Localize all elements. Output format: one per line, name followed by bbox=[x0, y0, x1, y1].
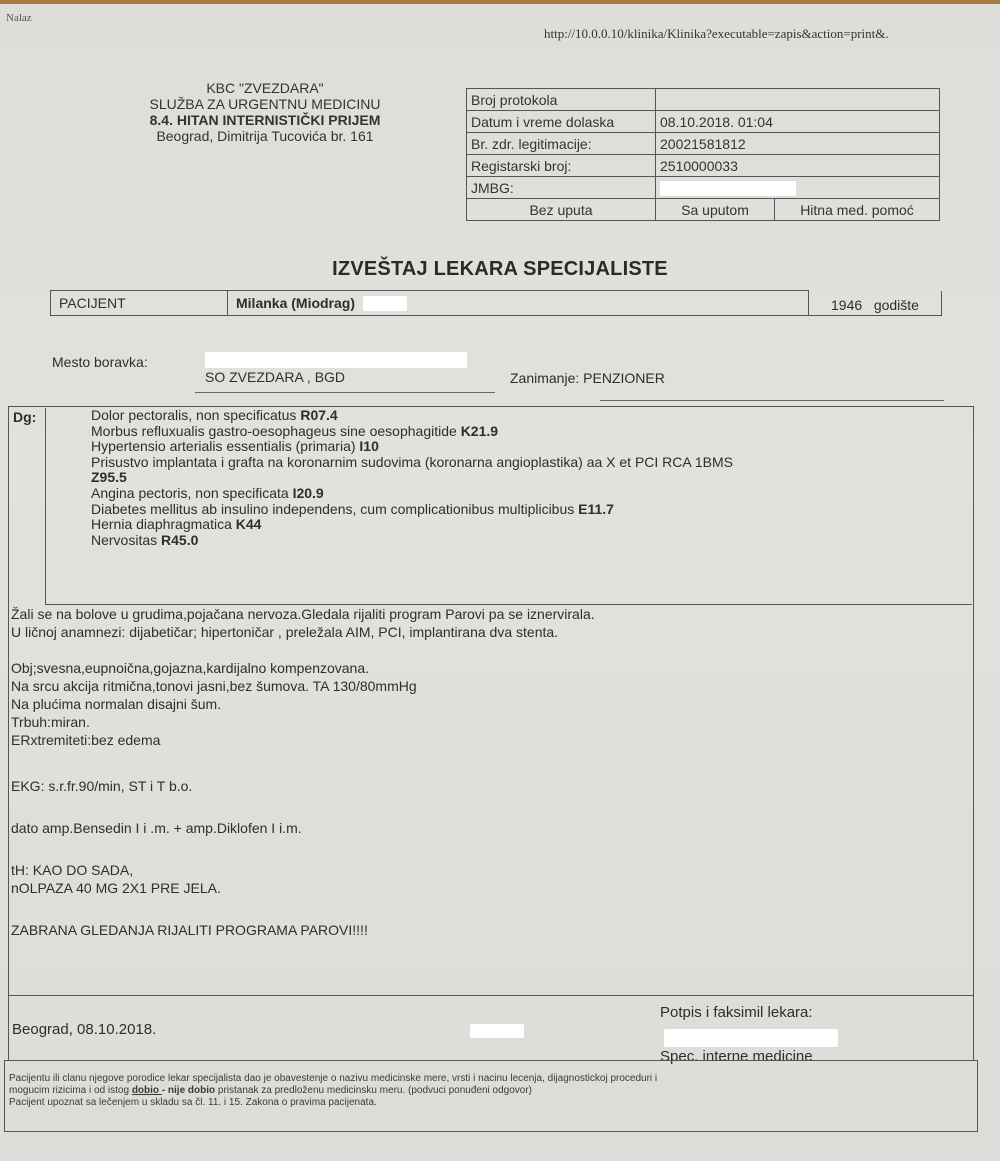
occupation-value: PENZIONER bbox=[583, 370, 665, 386]
exam-line: Na plućima normalan disajni šum. bbox=[11, 695, 595, 713]
report-body-box: Dg: Dolor pectoralis, non specificatus R… bbox=[8, 406, 974, 996]
protocol-label: Broj protokola bbox=[467, 89, 656, 111]
redaction-mark bbox=[205, 352, 467, 368]
jmbg-value bbox=[656, 177, 940, 199]
diagnosis-item: Diabetes mellitus ab insulino independen… bbox=[91, 502, 951, 518]
diagnosis-item: Angina pectoris, non specificata I20.9 bbox=[91, 486, 951, 502]
residence-label: Mesto boravka: bbox=[52, 354, 148, 370]
complaint-text: Žali se na bolove u grudima,pojačana ner… bbox=[11, 605, 595, 623]
institution-name: KBC "ZVEZDARA" bbox=[100, 80, 430, 96]
given-medication: dato amp.Bensedin I i .m. + amp.Diklofen… bbox=[11, 819, 595, 837]
table-row: JMBG: bbox=[467, 177, 940, 199]
referral-with: Sa uputom bbox=[656, 199, 775, 221]
occupation: Zanimanje: PENZIONER bbox=[510, 370, 665, 386]
exam-line: Na srcu akcija ritmična,tonovi jasni,bez… bbox=[11, 677, 595, 695]
residence-underline bbox=[195, 392, 495, 393]
redaction-mark bbox=[660, 181, 796, 196]
referral-emergency: Hitna med. pomoć bbox=[775, 199, 940, 221]
jmbg-label: JMBG: bbox=[467, 177, 656, 199]
medical-report-page: Nalaz http://10.0.0.10/klinika/Klinika?e… bbox=[0, 4, 1000, 1161]
signature-label: Potpis i faksimil lekara: bbox=[660, 1004, 813, 1021]
diagnosis-list: Dolor pectoralis, non specificatus R07.4… bbox=[91, 408, 951, 548]
diagnosis-item: Morbus refluxualis gastro-oesophageus si… bbox=[91, 424, 951, 440]
recommendation-note: ZABRANA GLEDANJA RIJALITI PROGRAMA PAROV… bbox=[11, 921, 595, 939]
diagnosis-item: Nervositas R45.0 bbox=[91, 533, 951, 549]
table-row: Br. zdr. legitimacije: 20021581812 bbox=[467, 133, 940, 155]
occupation-underline bbox=[600, 400, 944, 401]
referral-none: Bez uputa bbox=[467, 199, 656, 221]
redaction-mark bbox=[470, 1024, 524, 1038]
diagnosis-label: Dg: bbox=[13, 409, 36, 425]
institution-address: Beograd, Dimitrija Tucovića br. 161 bbox=[100, 128, 430, 144]
diagnosis-item: Dolor pectoralis, non specificatus R07.4 bbox=[91, 408, 951, 424]
table-row: Broj protokola bbox=[467, 89, 940, 111]
print-url: http://10.0.0.10/klinika/Klinika?executa… bbox=[544, 26, 889, 42]
patient-label: PACIJENT bbox=[51, 291, 228, 316]
clinical-findings: Žali se na bolove u grudima,pojačana ner… bbox=[11, 605, 595, 939]
therapy-line: tH: KAO DO SADA, bbox=[11, 861, 595, 879]
diagnosis-item: Hernia diaphragmatica K44 bbox=[91, 517, 951, 533]
table-row: Datum i vreme dolaska 08.10.2018. 01:04 bbox=[467, 111, 940, 133]
consent-line: Pacijent upoznat sa lečenjem u skladu sa… bbox=[9, 1097, 973, 1109]
consent-option-not-given: - nije dobio bbox=[162, 1085, 215, 1096]
place-date: Beograd, 08.10.2018. bbox=[12, 1021, 156, 1038]
residence-value: SO ZVEZDARA , BGD bbox=[205, 350, 467, 386]
registry-label: Registarski broj: bbox=[467, 155, 656, 177]
birth-year-cell: 1946 godište bbox=[809, 291, 942, 316]
exam-line: ERxtremiteti:bez edema bbox=[11, 731, 595, 749]
institution-service: SLUŽBA ZA URGENTNU MEDICINU bbox=[100, 96, 430, 112]
health-id-label: Br. zdr. legitimacije: bbox=[467, 133, 656, 155]
arrival-label: Datum i vreme dolaska bbox=[467, 111, 656, 133]
birth-year-suffix: godište bbox=[874, 297, 919, 313]
consent-line: Pacijentu ili clanu njegove porodice lek… bbox=[9, 1073, 973, 1085]
report-title: IZVEŠTAJ LEKARA SPECIJALISTE bbox=[0, 258, 1000, 281]
redaction-mark bbox=[363, 296, 407, 311]
table-row: Registarski broj: 2510000033 bbox=[467, 155, 940, 177]
diagnosis-item: Prisustvo implantata i grafta na koronar… bbox=[91, 455, 951, 486]
residence-municipality: SO ZVEZDARA , BGD bbox=[205, 368, 467, 386]
consent-notice: Pacijentu ili clanu njegove porodice lek… bbox=[4, 1060, 978, 1132]
protocol-value bbox=[656, 89, 940, 111]
institution-header: KBC "ZVEZDARA" SLUŽBA ZA URGENTNU MEDICI… bbox=[100, 80, 430, 144]
exam-line: Obj;svesna,eupnoična,gojazna,kardijalno … bbox=[11, 659, 595, 677]
occupation-label: Zanimanje: bbox=[510, 370, 579, 386]
birth-year: 1946 bbox=[831, 297, 862, 313]
consent-line: mogucim rizicima i od istog dobio - nije… bbox=[9, 1085, 973, 1097]
ekg-text: EKG: s.r.fr.90/min, ST i T b.o. bbox=[11, 777, 595, 795]
health-id-value: 20021581812 bbox=[656, 133, 940, 155]
registry-value: 2510000033 bbox=[656, 155, 940, 177]
patient-name: Milanka (Miodrag) bbox=[236, 295, 355, 311]
therapy-line: nOLPAZA 40 MG 2X1 PRE JELA. bbox=[11, 879, 595, 897]
patient-name-cell: Milanka (Miodrag) bbox=[228, 291, 809, 316]
print-page-label: Nalaz bbox=[6, 12, 32, 24]
table-row: Bez uputa Sa uputom Hitna med. pomoć bbox=[467, 199, 940, 221]
patient-table: PACIJENT Milanka (Miodrag) 1946 godište bbox=[50, 290, 942, 316]
admission-table: Broj protokola Datum i vreme dolaska 08.… bbox=[466, 88, 940, 221]
arrival-value: 08.10.2018. 01:04 bbox=[656, 111, 940, 133]
exam-line: Trbuh:miran. bbox=[11, 713, 595, 731]
diagnosis-item: Hypertensio arterialis essentialis (prim… bbox=[91, 439, 951, 455]
institution-department: 8.4. HITAN INTERNISTIČKI PRIJEM bbox=[100, 112, 430, 128]
history-text: U ličnoj anamnezi: dijabetičar; hiperton… bbox=[11, 623, 595, 641]
redaction-mark bbox=[664, 1029, 838, 1047]
consent-option-given: dobio bbox=[132, 1085, 162, 1096]
